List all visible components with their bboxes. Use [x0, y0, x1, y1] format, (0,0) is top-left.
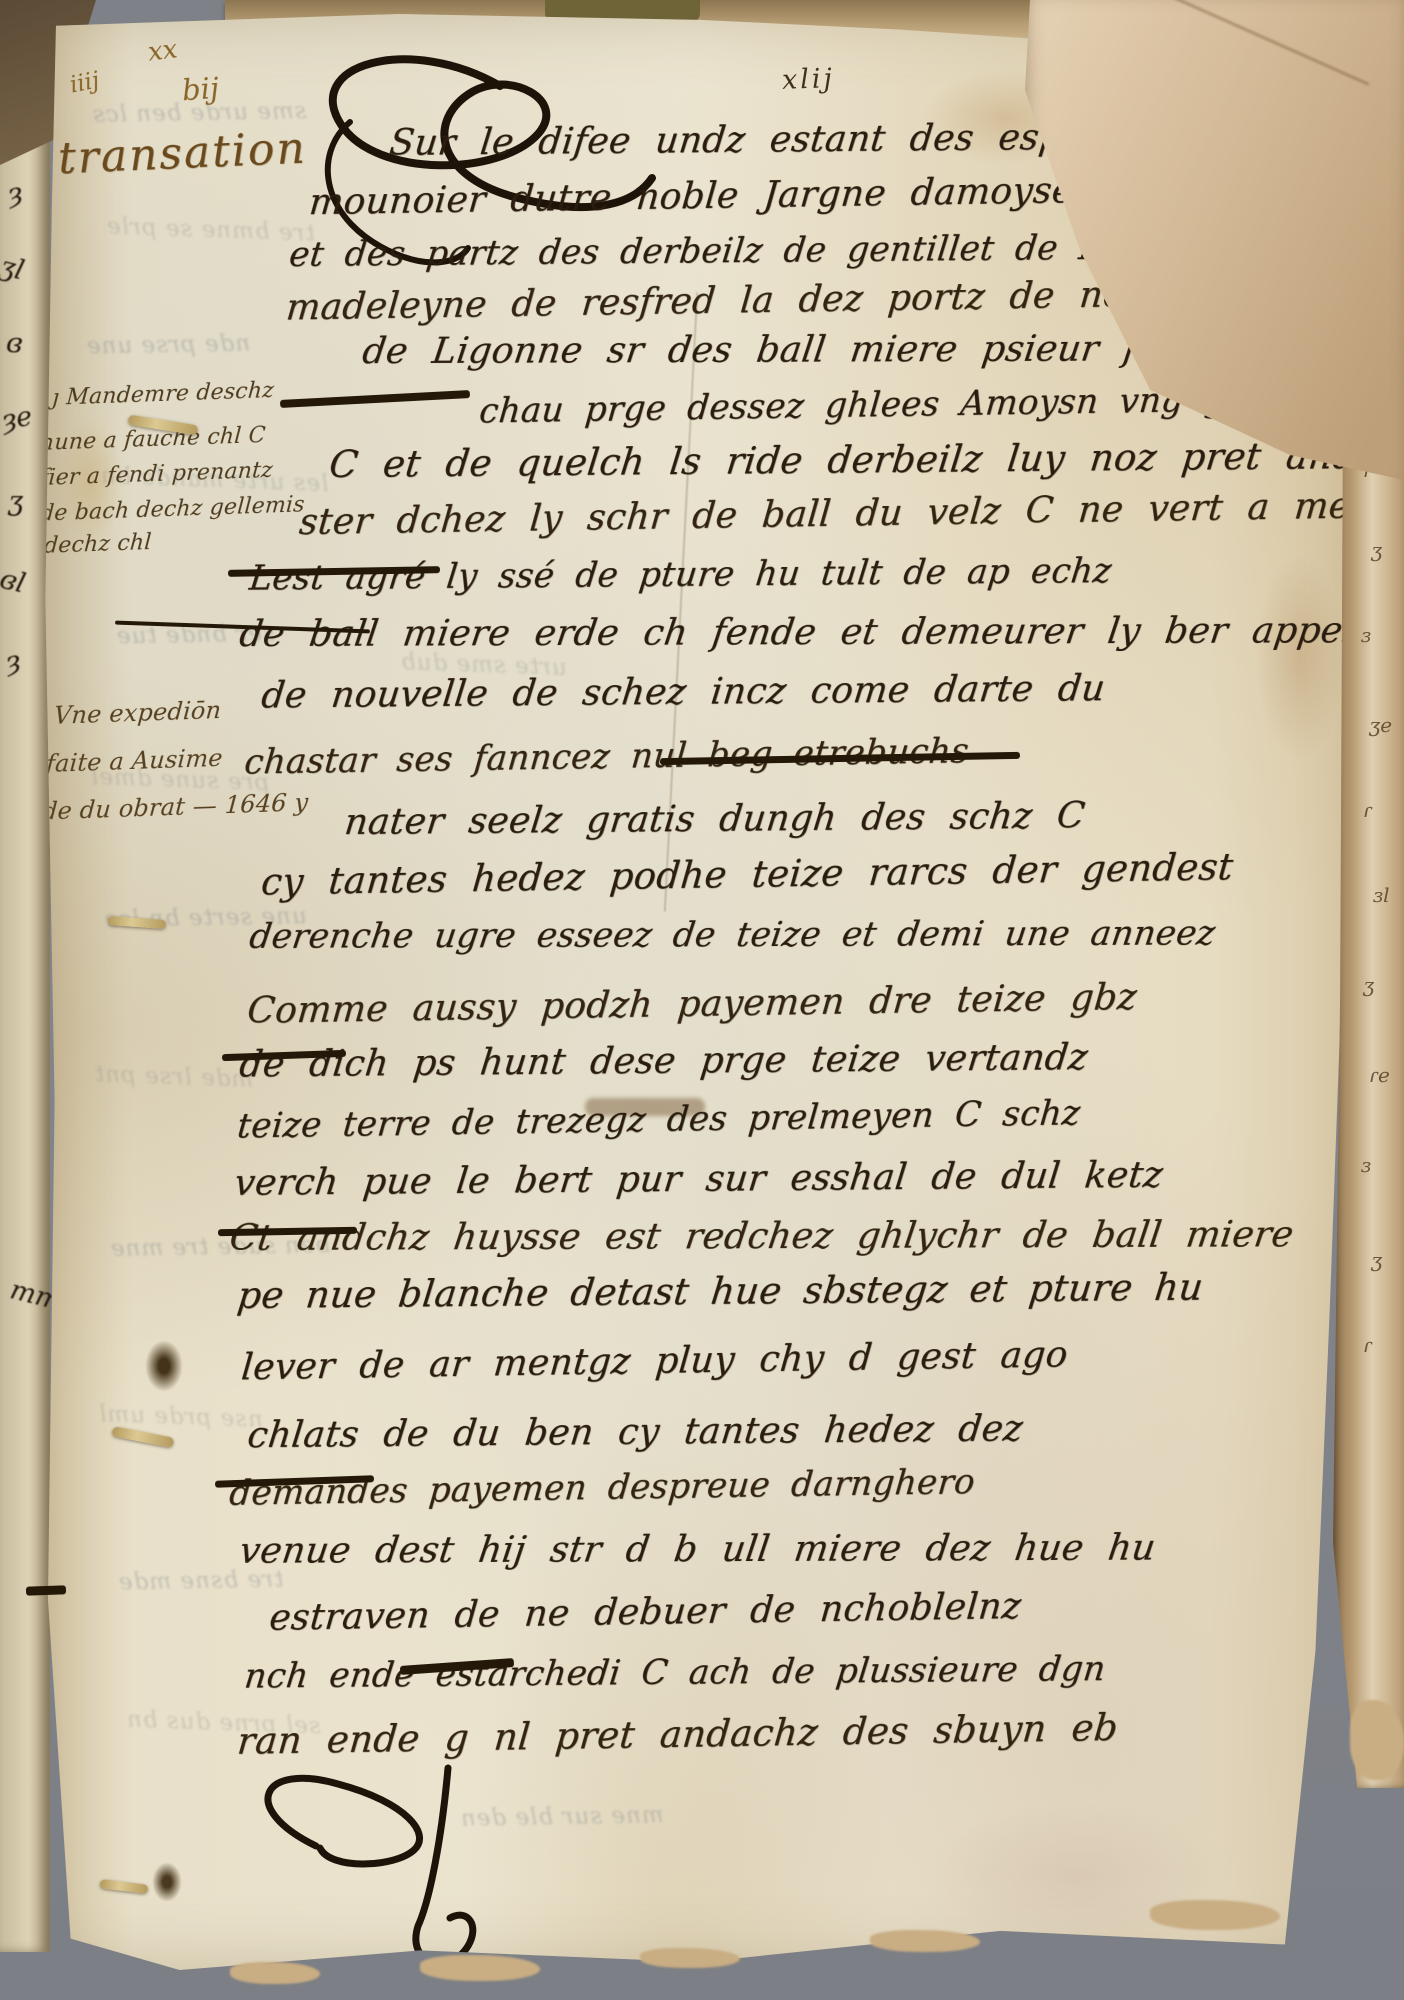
- handwritten-line: Lest agré ly ssé de pture hu tult de ap …: [247, 549, 1114, 601]
- cutoff-letter-fragment: ɜl: [1373, 883, 1390, 907]
- margin-note-line: dechz chl: [43, 528, 153, 562]
- gutter-previous-page-edge: ʒ ɞ ȝ ʒl ɞ ȝe ʒ ɞl ȝ mm: [0, 8, 50, 1952]
- cutoff-letter-fragment: ʒe: [1369, 713, 1392, 737]
- ink-blot: [152, 1862, 182, 1902]
- cutoff-letter-fragment: ɜ: [1361, 1153, 1371, 1177]
- margin-note-line: ȷ Mandemre deschz: [51, 376, 275, 414]
- fore-edge-leaf-stack: ɾ ʒ ɜ ʒe ɾ ɜl ʒ ɾe ɜ ʒ ɾ: [1333, 428, 1404, 1788]
- handwritten-line: verch pue le bert pur sur esshal de dul …: [232, 1154, 1165, 1206]
- torn-paper-bit: [640, 1948, 740, 1968]
- foliation-mark: xx: [146, 34, 179, 67]
- handwritten-line: demandes payemen despreue darnghero: [227, 1460, 976, 1516]
- cutoff-letter-fragment: ʒ: [1371, 538, 1382, 562]
- handwritten-line: chlats de du ben cy tantes hedez dez: [245, 1408, 1025, 1459]
- ink-bleedthrough: mde lrse pnt: [94, 1061, 254, 1093]
- handwritten-line: estraven de ne debuer de nchoblelnz: [267, 1585, 1023, 1641]
- cutoff-letter-fragment: ɾ: [1363, 1333, 1372, 1357]
- torn-paper-bit: [420, 1955, 540, 1981]
- handwritten-line: cy tantes hedez podhe teize rarcs der ge…: [259, 845, 1235, 904]
- handwritten-line: Ct andchz huysse est redchez ghlychr de …: [227, 1213, 1296, 1261]
- discoloration: [920, 1802, 1230, 1952]
- handwritten-line: derenche ugre esseez de teize et demi un…: [247, 911, 1218, 958]
- ink-bleedthrough: nde prse une: [86, 331, 251, 360]
- handwritten-line: ster dchez ly schr de ball du velz C ne …: [297, 485, 1352, 545]
- manuscript-photo: ʒ ɞ ȝ ʒl ɞ ȝe ʒ ɞl ȝ mm sme urde ben lcs…: [0, 0, 1404, 2000]
- handwritten-line: de ball miere erde ch fende et demeurer …: [237, 609, 1365, 657]
- handwritten-line: nater seelz gratis dungh des schz C: [342, 795, 1087, 845]
- cutoff-letter-fragment: ɞl: [0, 563, 29, 599]
- handwritten-line: de nouvelle de schez incz come darte du: [259, 667, 1107, 718]
- margin-pen-dash: [26, 1585, 66, 1595]
- cutoff-letter-fragment: ɞ: [6, 328, 23, 359]
- cutoff-letter-fragment: ʒl: [0, 251, 27, 287]
- torn-paper-bit: [230, 1962, 320, 1984]
- cutoff-letter-fragment: ɾe: [1369, 1063, 1390, 1087]
- handwritten-line: Comme aussy podzh payemen dre teize gbz: [245, 976, 1138, 1034]
- margin-note-expedition-line: de du obrat — 1646 y: [41, 787, 309, 826]
- cutoff-letter-fragment: ȝ: [3, 645, 22, 678]
- foxing-stain: [1255, 552, 1345, 762]
- folio-number: xlij: [781, 63, 835, 96]
- cutoff-letter-fragment: ʒ: [8, 486, 23, 517]
- foliation-mark: iiij: [68, 67, 102, 98]
- cutoff-letter-fragment: ʒ: [1371, 1248, 1382, 1272]
- ink-blot: [145, 1340, 183, 1392]
- cutoff-letter-fragment: ɜ: [1361, 623, 1371, 647]
- strikethrough-mark: [280, 390, 470, 408]
- handwritten-line: nch ende estarchedi C ach de plussieure …: [242, 1647, 1108, 1699]
- cutoff-letter-fragment: ȝ: [5, 177, 24, 210]
- handwritten-line: pe nue blanche detast hue sbstegz et ptu…: [235, 1266, 1206, 1318]
- margin-note-expedition-line: faite a Ausime: [45, 743, 224, 779]
- margin-note-expedition-line: Vne expediōn: [53, 695, 222, 731]
- torn-paper-bit: [870, 1930, 980, 1952]
- handwritten-line: venue dest hij str d b ull miere dez hue…: [237, 1526, 1159, 1573]
- torn-paper-bit: [1150, 1900, 1280, 1930]
- cutoff-letter-fragment: ʒ: [1363, 973, 1374, 997]
- handwritten-line: lever de ar mentgz pluy chy d gest ago: [239, 1334, 1069, 1391]
- cutoff-letter-fragment: ȝe: [0, 401, 35, 437]
- handwritten-line: teize terre de trezegz des prelmeyen C s…: [235, 1091, 1082, 1148]
- handwritten-line: de dich ps hunt dese prge teize vertandz: [237, 1036, 1090, 1087]
- cutoff-letter-fragment: ɾ: [1363, 798, 1372, 822]
- handwritten-line: C et de quelch ls ride derbeilz luy noz …: [327, 433, 1404, 488]
